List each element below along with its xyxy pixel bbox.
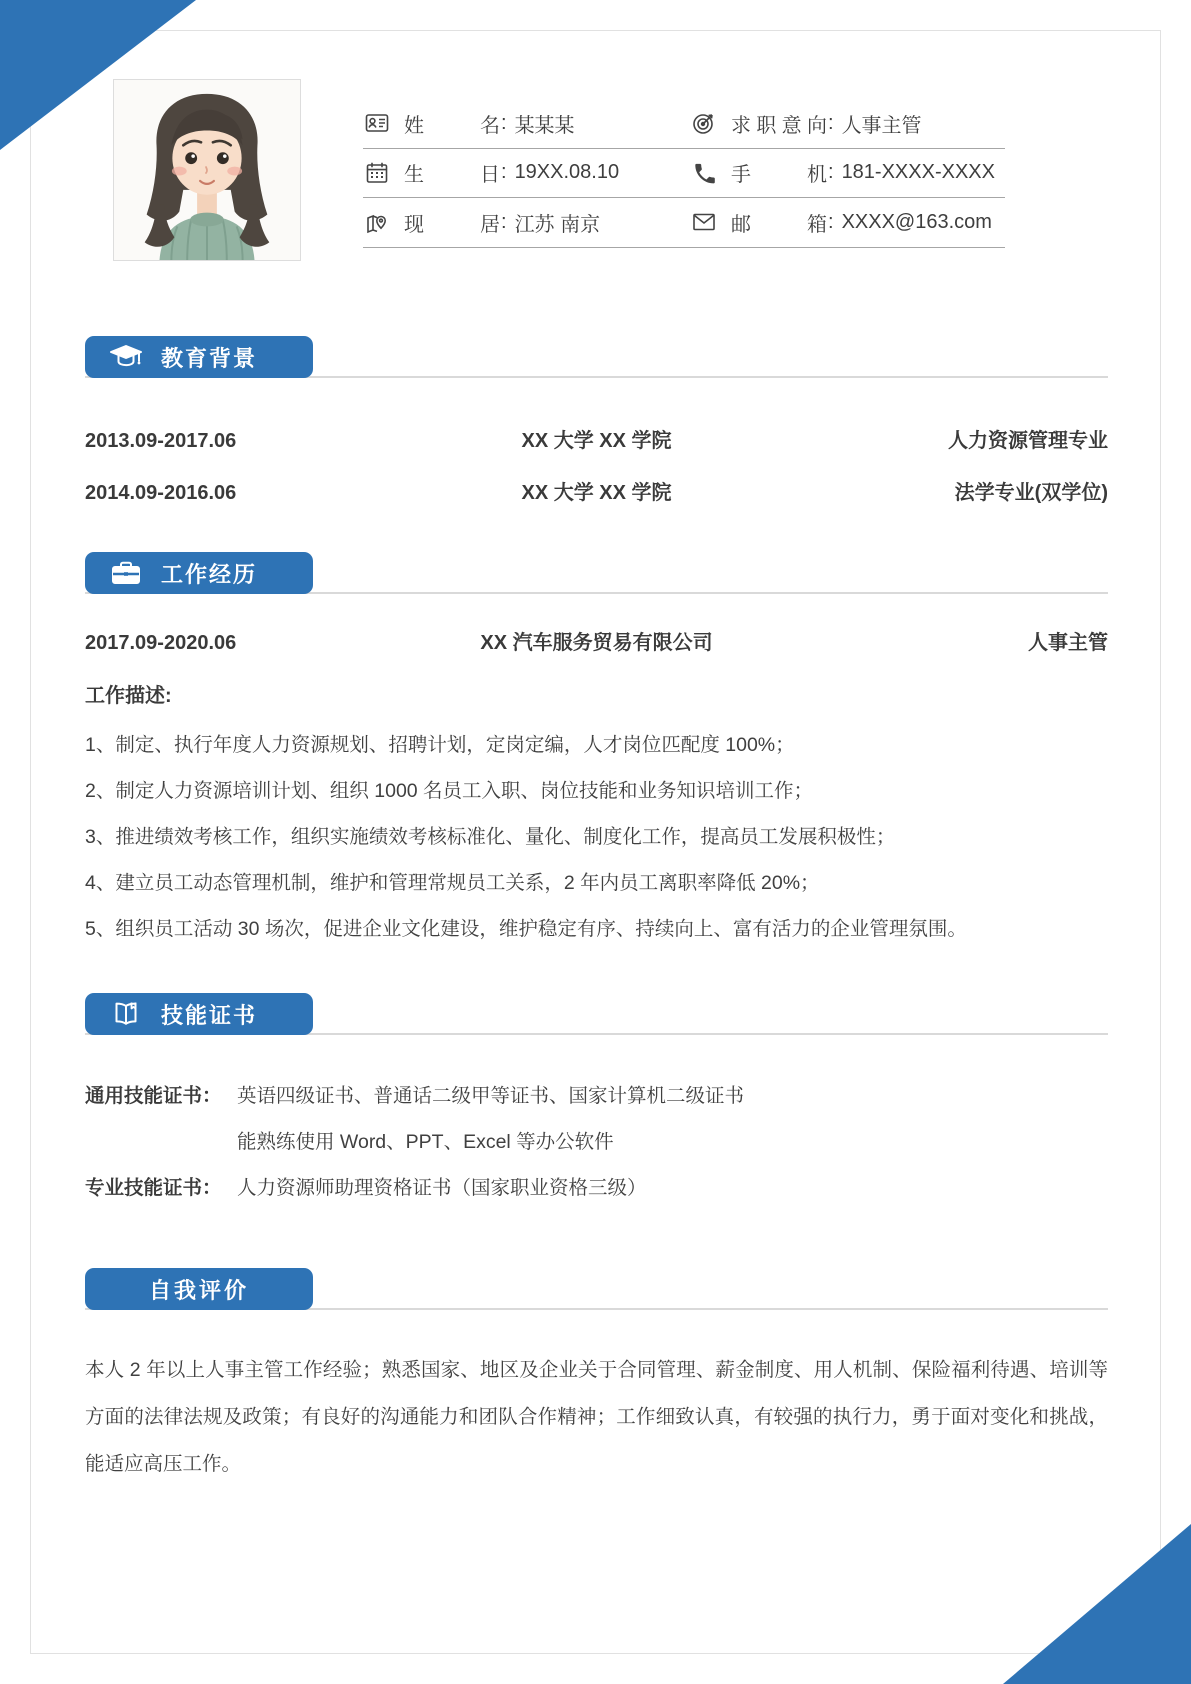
skill-label <box>85 1129 237 1156</box>
evaluation-badge: 自我评价 <box>85 1268 313 1310</box>
education-school: XX 大学 XX 学院 <box>385 424 808 453</box>
education-major: 人力资源管理专业 <box>808 424 1108 453</box>
briefcase-icon <box>109 558 143 588</box>
section-header-education: 教育背景 <box>85 336 1108 378</box>
section-title: 自我评价 <box>149 1274 249 1305</box>
work-position: 人事主管 <box>808 626 1108 655</box>
graduation-cap-icon <box>109 342 143 372</box>
skill-value: 人力资源师助理资格证书（国家职业资格三级） <box>237 1175 1108 1202</box>
skill-row: 能熟练使用 Word、PPT、Excel 等办公软件 <box>85 1129 1108 1156</box>
self-evaluation-text: 本人 2 年以上人事主管工作经验；熟悉国家、地区及企业关于合同管理、薪金制度、用… <box>85 1347 1108 1488</box>
open-book-icon <box>109 999 143 1029</box>
education-school: XX 大学 XX 学院 <box>385 476 808 505</box>
education-badge: 教育背景 <box>85 336 313 378</box>
corner-triangle-bottom-right <box>1003 1524 1191 1684</box>
work-company: XX 汽车服务贸易有限公司 <box>385 626 808 655</box>
work-duty-item: 3、推进绩效考核工作，组织实施绩效考核标准化、量化、制度化工作，提高员工发展积极… <box>85 824 1108 851</box>
work-duties-list: 1、制定、执行年度人力资源规划、招聘计划，定岗定编，人才岗位匹配度 100%； … <box>85 732 1108 943</box>
work-duty-item: 4、建立员工动态管理机制，维护和管理常规员工关系，2 年内员工离职率降低 20%… <box>85 870 1108 897</box>
education-major: 法学专业(双学位) <box>808 476 1108 505</box>
skill-row: 通用技能证书： 英语四级证书、普通话二级甲等证书、国家计算机二级证书 <box>85 1083 1108 1110</box>
section-header-skills: 技能证书 <box>85 993 1108 1035</box>
skills-list: 通用技能证书： 英语四级证书、普通话二级甲等证书、国家计算机二级证书 能熟练使用… <box>85 1083 1108 1202</box>
work-description-label: 工作描述: <box>85 679 1108 708</box>
section-title: 技能证书 <box>161 999 257 1030</box>
skill-value: 英语四级证书、普通话二级甲等证书、国家计算机二级证书 <box>237 1083 1108 1110</box>
section-header-work: 工作经历 <box>85 552 1108 594</box>
education-period: 2013.09-2017.06 <box>85 430 385 453</box>
work-duty-item: 1、制定、执行年度人力资源规划、招聘计划，定岗定编，人才岗位匹配度 100%； <box>85 732 1108 759</box>
work-item: 2017.09-2020.06 XX 汽车服务贸易有限公司 人事主管 <box>85 626 1108 655</box>
skill-label: 专业技能证书： <box>85 1175 237 1202</box>
section-title: 教育背景 <box>161 342 257 373</box>
section-header-evaluation: 自我评价 <box>85 1268 1108 1310</box>
skills-badge: 技能证书 <box>85 993 313 1035</box>
education-item: 2013.09-2017.06 XX 大学 XX 学院 人力资源管理专业 <box>85 424 1108 453</box>
education-period: 2014.09-2016.06 <box>85 482 385 505</box>
education-item: 2014.09-2016.06 XX 大学 XX 学院 法学专业(双学位) <box>85 476 1108 505</box>
skill-row: 专业技能证书： 人力资源师助理资格证书（国家职业资格三级） <box>85 1175 1108 1202</box>
section-title: 工作经历 <box>161 558 257 589</box>
resume-body: 教育背景 2013.09-2017.06 XX 大学 XX 学院 人力资源管理专… <box>85 0 1108 1488</box>
work-period: 2017.09-2020.06 <box>85 632 385 655</box>
work-badge: 工作经历 <box>85 552 313 594</box>
skill-label: 通用技能证书： <box>85 1083 237 1110</box>
resume-page: 姓名: 某某某 求职意向: 人事主管 <box>0 0 1191 1684</box>
work-duty-item: 5、组织员工活动 30 场次，促进企业文化建设，维护稳定有序、持续向上、富有活力… <box>85 916 1108 943</box>
education-list: 2013.09-2017.06 XX 大学 XX 学院 人力资源管理专业 201… <box>85 424 1108 505</box>
work-duty-item: 2、制定人力资源培训计划、组织 1000 名员工入职、岗位技能和业务知识培训工作… <box>85 778 1108 805</box>
skill-value: 能熟练使用 Word、PPT、Excel 等办公软件 <box>237 1129 1108 1156</box>
